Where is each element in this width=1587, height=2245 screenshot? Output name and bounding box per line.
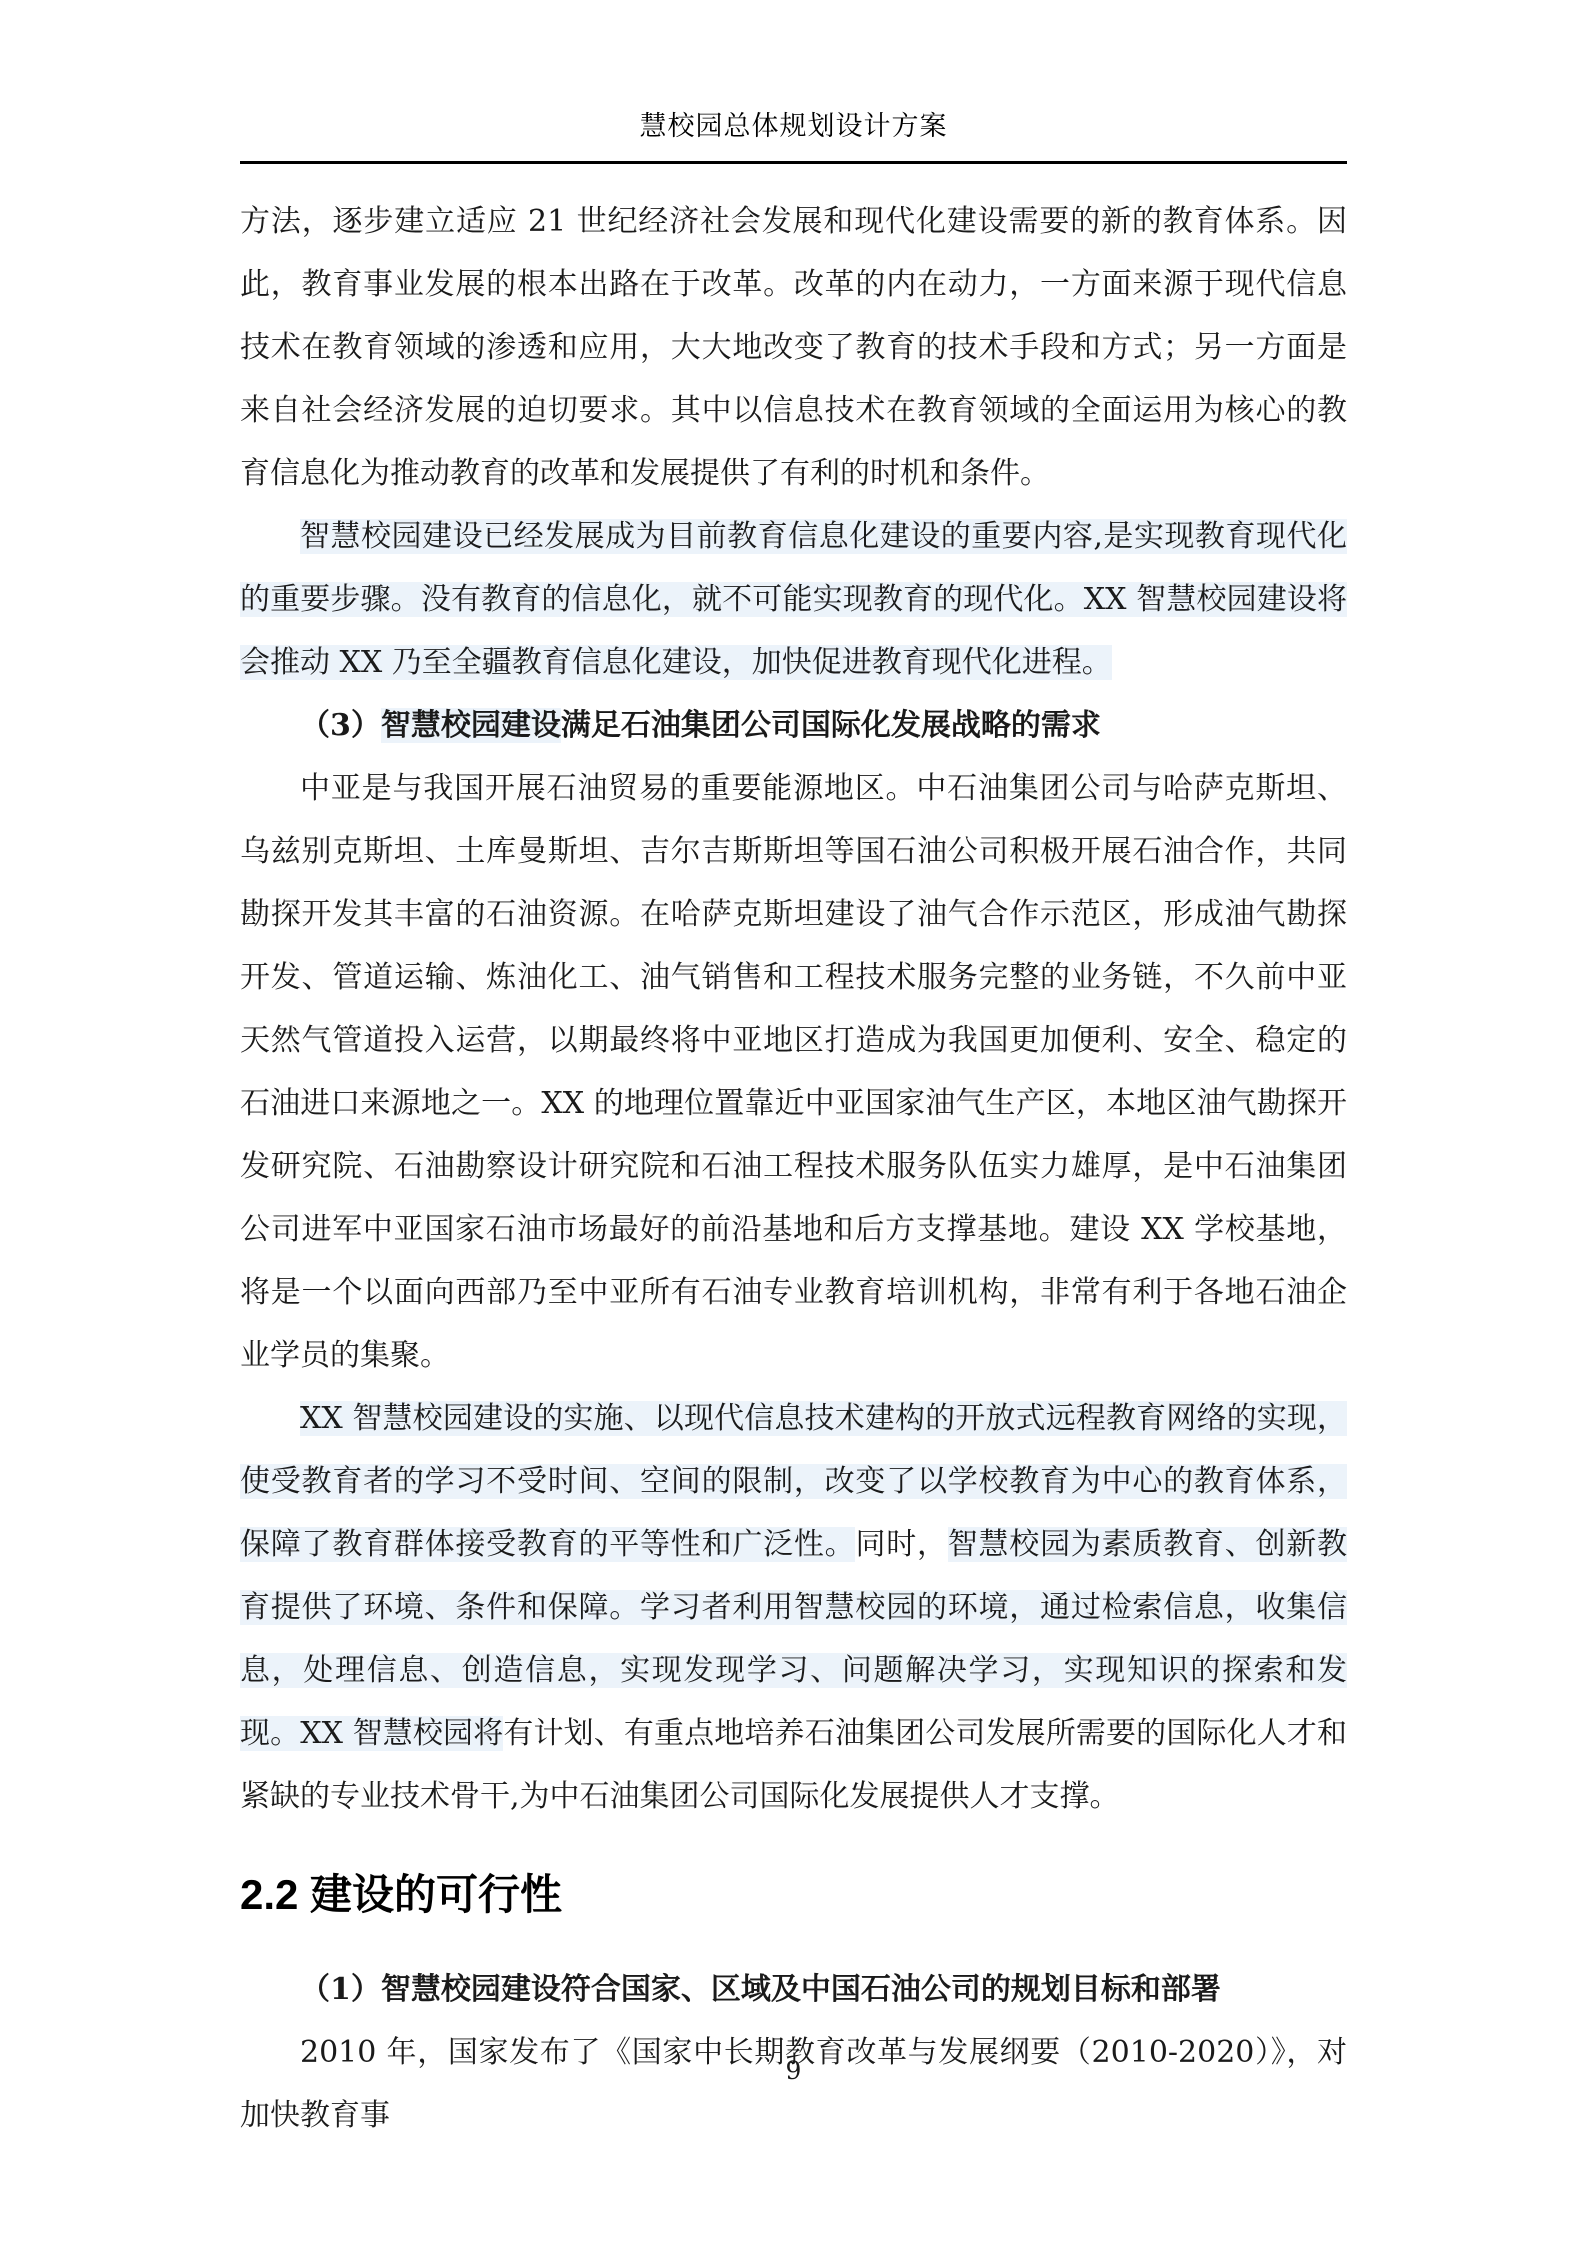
page-header-title: 慧校园总体规划设计方案	[0, 0, 1587, 143]
document-page: 慧校园总体规划设计方案 方法，逐步建立适应 21 世纪经济社会发展和现代化建设需…	[0, 0, 1587, 2245]
subsection-heading-1: （1）智慧校园建设符合国家、区域及中国石油公司的规划目标和部署	[240, 1958, 1347, 2021]
text-run: 满足石油集团公司国际化发展战略的需求	[561, 708, 1101, 743]
document-body: 方法，逐步建立适应 21 世纪经济社会发展和现代化建设需要的新的教育体系。因此，…	[240, 164, 1347, 2147]
text-run: （1）智慧校园建设符合国家、区域及中国石油公司的规划目标和部署	[300, 1972, 1221, 2007]
subsection-heading-3: （3）智慧校园建设满足石油集团公司国际化发展战略的需求	[240, 694, 1347, 757]
continuation-paragraph: 方法，逐步建立适应 21 世纪经济社会发展和现代化建设需要的新的教育体系。因此，…	[240, 190, 1347, 505]
text-run: （3）	[300, 708, 381, 743]
text-run: 方法，逐步建立适应 21 世纪经济社会发展和现代化建设需要的新的教育体系。因此，…	[240, 204, 1347, 491]
text-run: 2.2 建设的可行性	[240, 1871, 562, 1918]
highlighted-text-run: 智慧校园建设	[381, 708, 561, 743]
body-paragraph-central-asia: 中亚是与我国开展石油贸易的重要能源地区。中石油集团公司与哈萨克斯坦、乌兹别克斯坦…	[240, 757, 1347, 1387]
page-number: 9	[0, 2056, 1587, 2085]
highlighted-text-run: 智慧校园建设已经发展成为目前教育信息化建设的重要内容,是实现教育现代化的重要步骤…	[240, 519, 1347, 680]
text-run: 中亚是与我国开展石油贸易的重要能源地区。中石油集团公司与哈萨克斯坦、乌兹别克斯坦…	[240, 771, 1347, 1373]
text-run: 同时，	[855, 1527, 947, 1562]
highlighted-paragraph: 智慧校园建设已经发展成为目前教育信息化建设的重要内容,是实现教育现代化的重要步骤…	[240, 505, 1347, 694]
section-heading-2-2: 2.2 建设的可行性	[240, 1856, 1347, 1934]
mixed-highlight-paragraph: XX 智慧校园建设的实施、以现代信息技术建构的开放式远程教育网络的实现，使受教育…	[240, 1387, 1347, 1828]
